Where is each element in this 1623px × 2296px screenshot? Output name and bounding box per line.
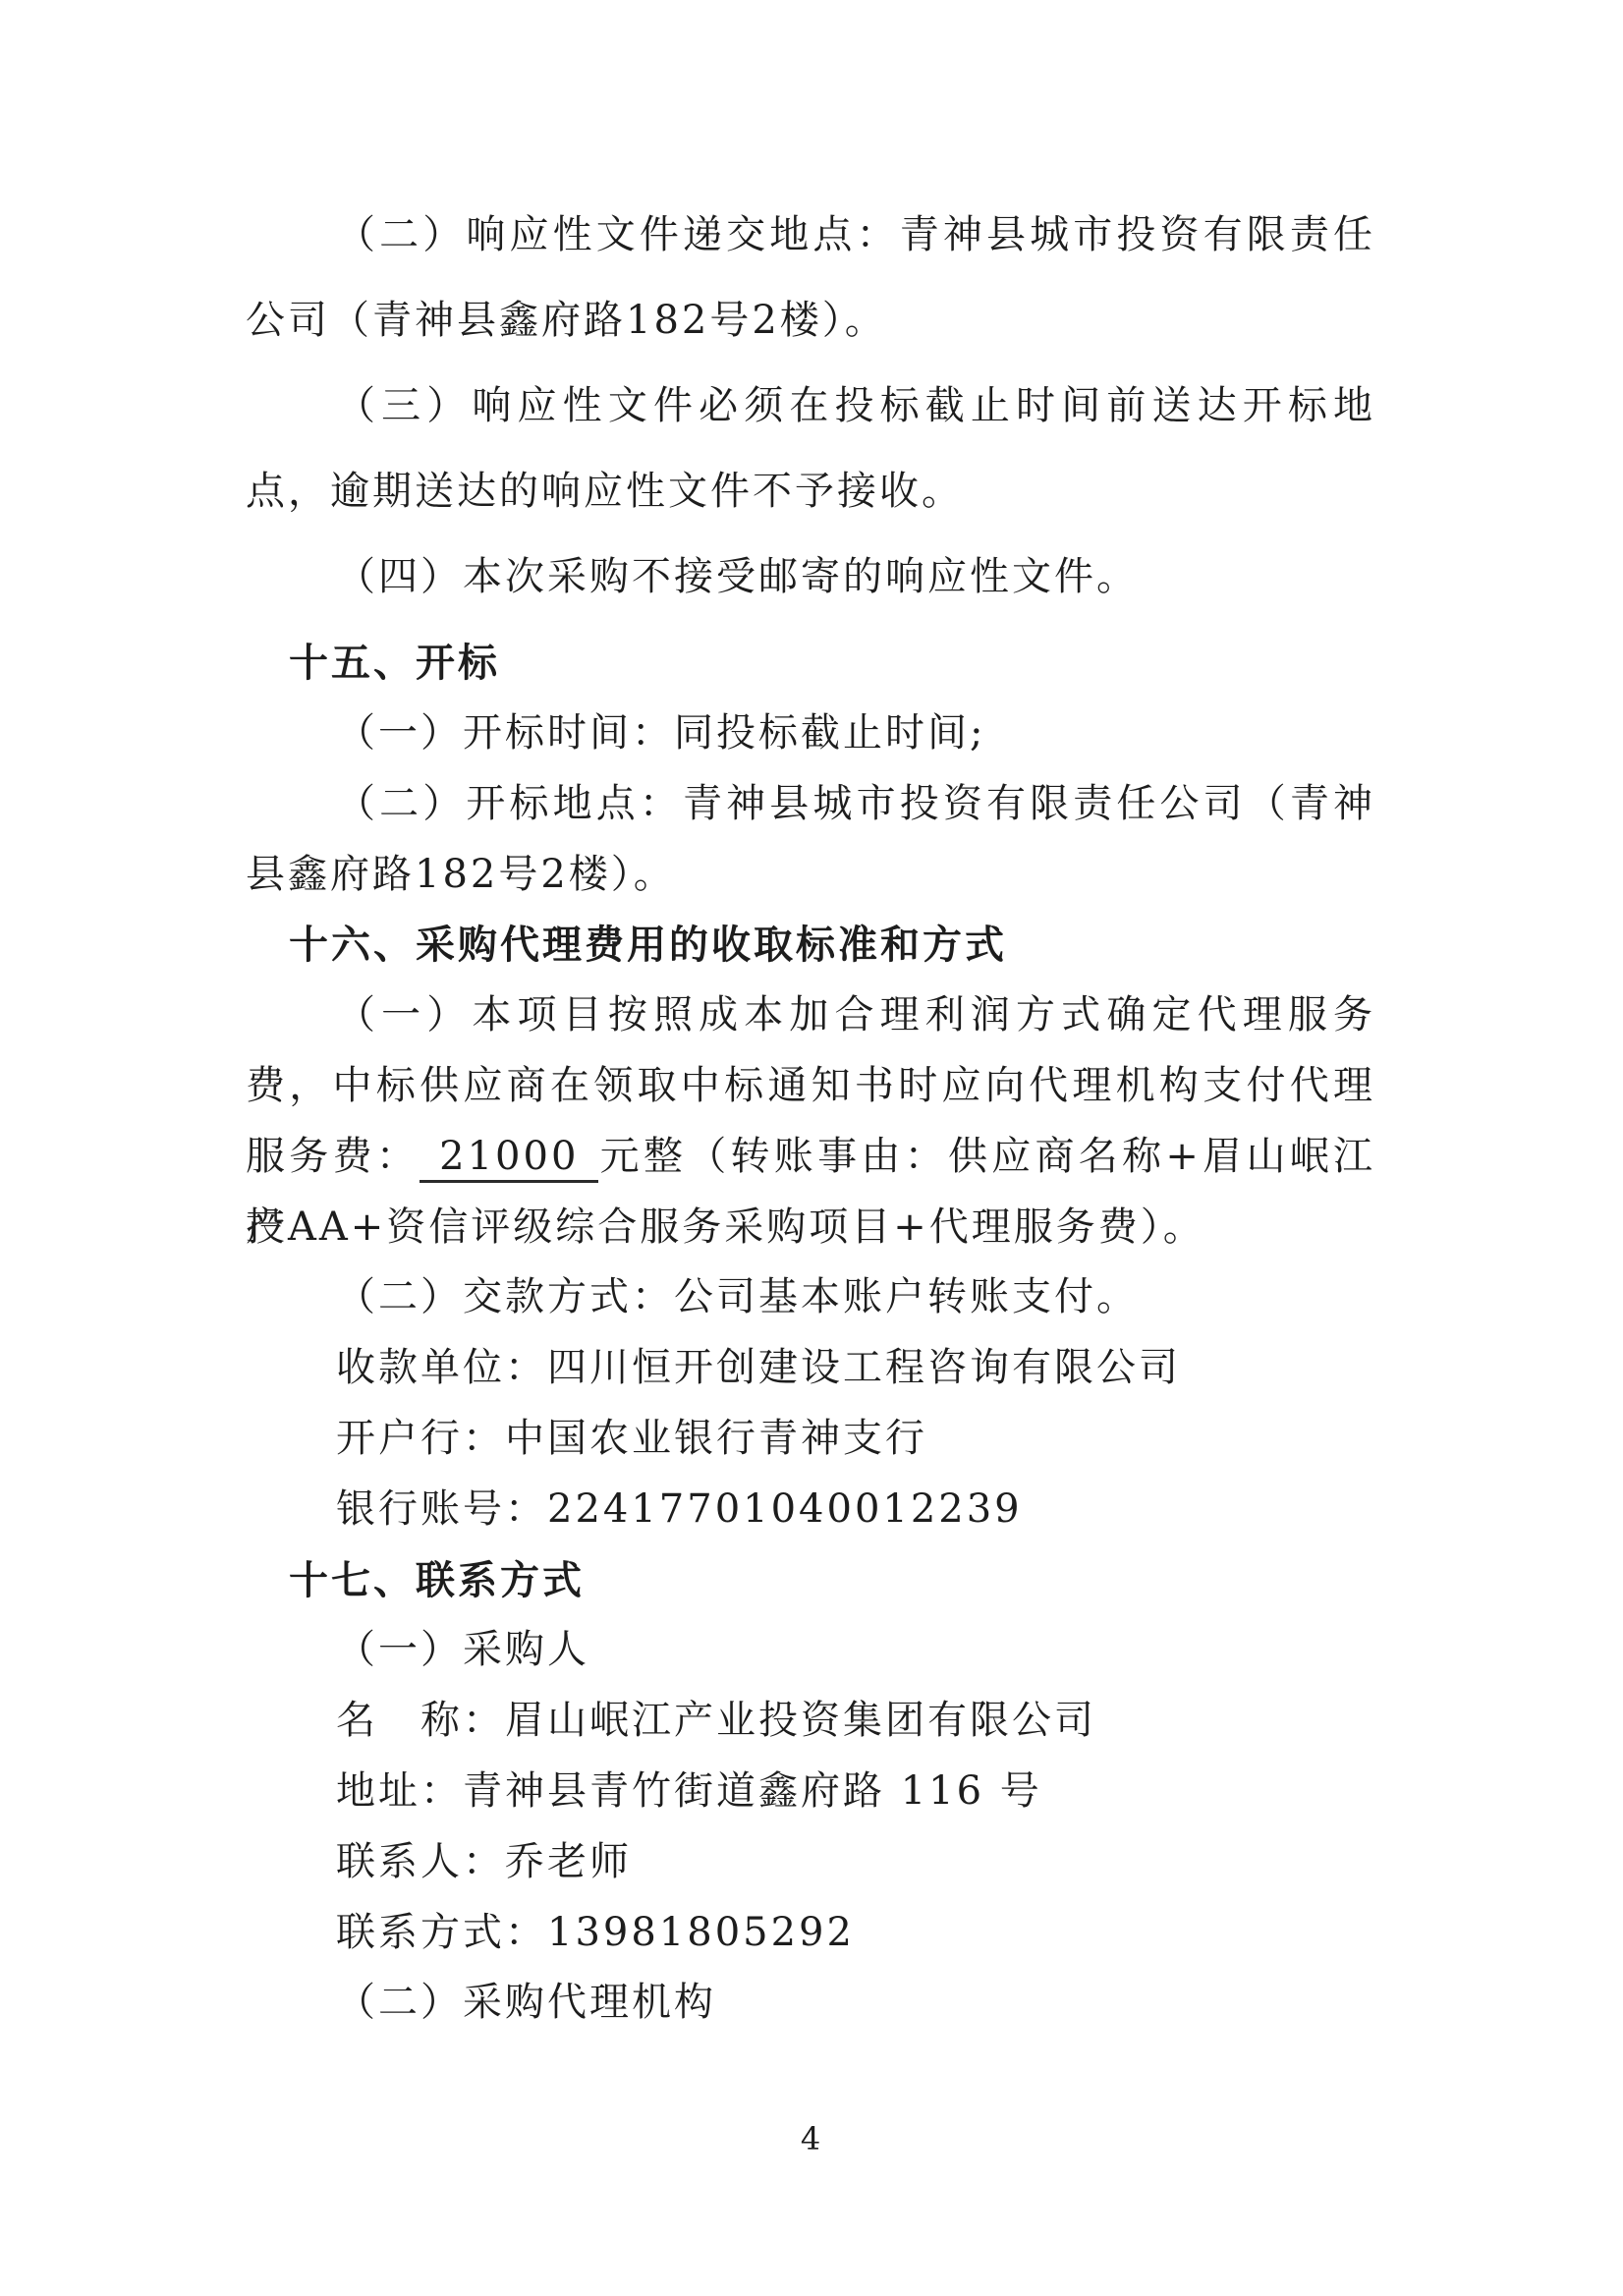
purchaser-phone: 联系方式：13981805292: [246, 1898, 1375, 1969]
bid-opening-location-line-1: （二）开标地点：青神县城市投资有限责任公司（青神: [246, 769, 1375, 840]
heading-15-bid-opening: 十五、开标: [246, 620, 1375, 705]
document-page: （二）响应性文件递交地点：青神县城市投资有限责任 公司（青神县鑫府路182号2楼…: [0, 0, 1623, 2296]
agency-fee-clause-line-2: 费，中标供应商在领取中标通知书时应向代理机构支付代理: [246, 1051, 1375, 1122]
agency-fee-clause-line-4: 投AA+资信评级综合服务采购项目+代理服务费）。: [246, 1193, 1375, 1263]
agency-fee-amount-line: 服务费：21000元整（转账事由：供应商名称+眉山岷江产: [246, 1122, 1375, 1193]
purchaser-subheading: （一）采购人: [246, 1615, 1375, 1686]
paragraph-block-lower: （一）开标时间：同投标截止时间; （二）开标地点：青神县城市投资有限责任公司（青…: [246, 699, 1375, 2039]
payment-method-clause: （二）交款方式：公司基本账户转账支付。: [246, 1262, 1375, 1333]
purchaser-name: 名 称：眉山岷江产业投资集团有限公司: [246, 1686, 1375, 1757]
response-docs-deadline-line-2: 点，逾期送达的响应性文件不予接收。: [246, 449, 1375, 534]
bid-opening-time: （一）开标时间：同投标截止时间;: [246, 699, 1375, 769]
payee-account-number: 银行账号：22417701040012239: [246, 1475, 1375, 1545]
agency-subheading: （二）采购代理机构: [246, 1968, 1375, 2039]
paragraph-block-upper: （二）响应性文件递交地点：青神县城市投资有限责任 公司（青神县鑫府路182号2楼…: [246, 193, 1375, 705]
payee-bank: 开户行：中国农业银行青神支行: [246, 1404, 1375, 1475]
no-mail-clause: （四）本次采购不接受邮寄的响应性文件。: [246, 534, 1375, 620]
response-docs-deadline-line-1: （三）响应性文件必须在投标截止时间前送达开标地: [246, 364, 1375, 449]
purchaser-address: 地址：青神县青竹街道鑫府路 116 号: [246, 1757, 1375, 1827]
bid-opening-location-line-2: 县鑫府路182号2楼）。: [246, 840, 1375, 911]
response-docs-location-line-1: （二）响应性文件递交地点：青神县城市投资有限责任: [246, 193, 1375, 278]
agency-fee-clause-line-1: （一）本项目按照成本加合理利润方式确定代理服务: [246, 980, 1375, 1051]
heading-17-contact: 十七、联系方式: [246, 1545, 1375, 1616]
page-number: 4: [246, 2120, 1375, 2157]
purchaser-contact-person: 联系人：乔老师: [246, 1827, 1375, 1898]
response-docs-location-line-2: 公司（青神县鑫府路182号2楼）。: [246, 278, 1375, 364]
payee-name: 收款单位：四川恒开创建设工程咨询有限公司: [246, 1333, 1375, 1404]
agency-fee-amount: 21000: [420, 1135, 598, 1183]
agency-fee-label: 服务费：: [246, 1134, 420, 1179]
heading-16-agency-fee: 十六、采购代理费用的收取标准和方式: [246, 910, 1375, 980]
document-body: （二）响应性文件递交地点：青神县城市投资有限责任 公司（青神县鑫府路182号2楼…: [246, 0, 1375, 2296]
